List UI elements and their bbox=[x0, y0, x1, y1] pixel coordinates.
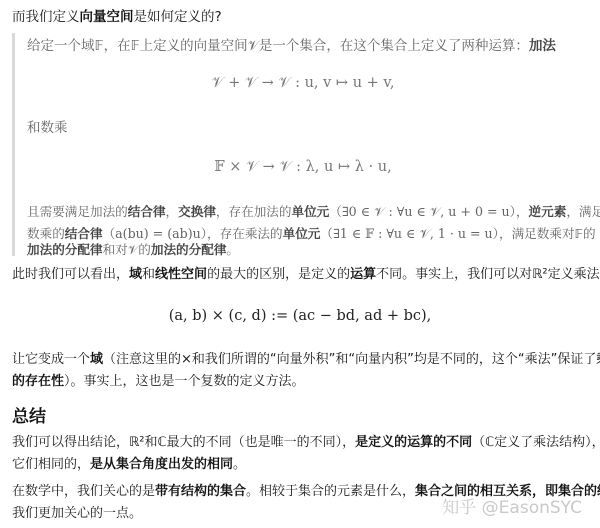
equation-addition: 𝒱 + 𝒱 → 𝒱 : u, v ↦ u + v, bbox=[3, 75, 600, 91]
paragraph-field-line-1: 让它变成一个域（注意这里的×和我们所谓的“向量外积”和“向量内积”均是不同的，这… bbox=[12, 349, 600, 371]
summary-p1-line-2: 它们相同的，是从集合角度出发的相同。 bbox=[12, 454, 246, 476]
paragraph-field-vs-space: 此时我们可以看出，域和线性空间的最大的区别，是定义的运算不同。事实上，我们可以对… bbox=[12, 264, 600, 286]
quote-line-5: 加法的分配律和对𝒱的加法的分配律。 bbox=[27, 239, 239, 261]
definition-blockquote: 给定一个域𝔽，在𝔽上定义的向量空间𝒱是一个集合，在这个集合上定义了两种运算：加法… bbox=[12, 33, 600, 256]
term-vector-space: 向量空间 bbox=[80, 9, 134, 25]
quote-line-3: 且需要满足加法的结合律，交换律，存在加法的单位元（∃0 ∈ 𝒱 : ∀u ∈ 𝒱… bbox=[27, 201, 600, 223]
zhihu-watermark: 知乎 @EasonSYC bbox=[442, 493, 582, 518]
equation-scalar-mult: 𝔽 × 𝒱 → 𝒱 : λ, u ↦ λ · u, bbox=[3, 159, 600, 175]
summary-p2-line-2: 我们更加关心的一点。 bbox=[12, 503, 142, 525]
summary-p1-line-1: 我们可以得出结论，ℝ²和ℂ最大的不同（也是唯一的不同），是定义的运算的不同（ℂ定… bbox=[12, 432, 600, 454]
section-heading-summary: 总结 bbox=[12, 402, 46, 427]
equation-complex-mult: (a, b) × (c, d) := (ac − bd, ad + bc), bbox=[0, 308, 600, 324]
paragraph-field-line-2: 的存在性）。事实上，这也是一个复数的定义方法。 bbox=[12, 371, 305, 393]
intro-paragraph: 而我们定义向量空间是如何定义的? bbox=[12, 6, 222, 28]
quote-line-1: 给定一个域𝔽，在𝔽上定义的向量空间𝒱是一个集合，在这个集合上定义了两种运算：加法 bbox=[27, 35, 556, 57]
quote-line-2: 和数乘 bbox=[27, 117, 68, 139]
